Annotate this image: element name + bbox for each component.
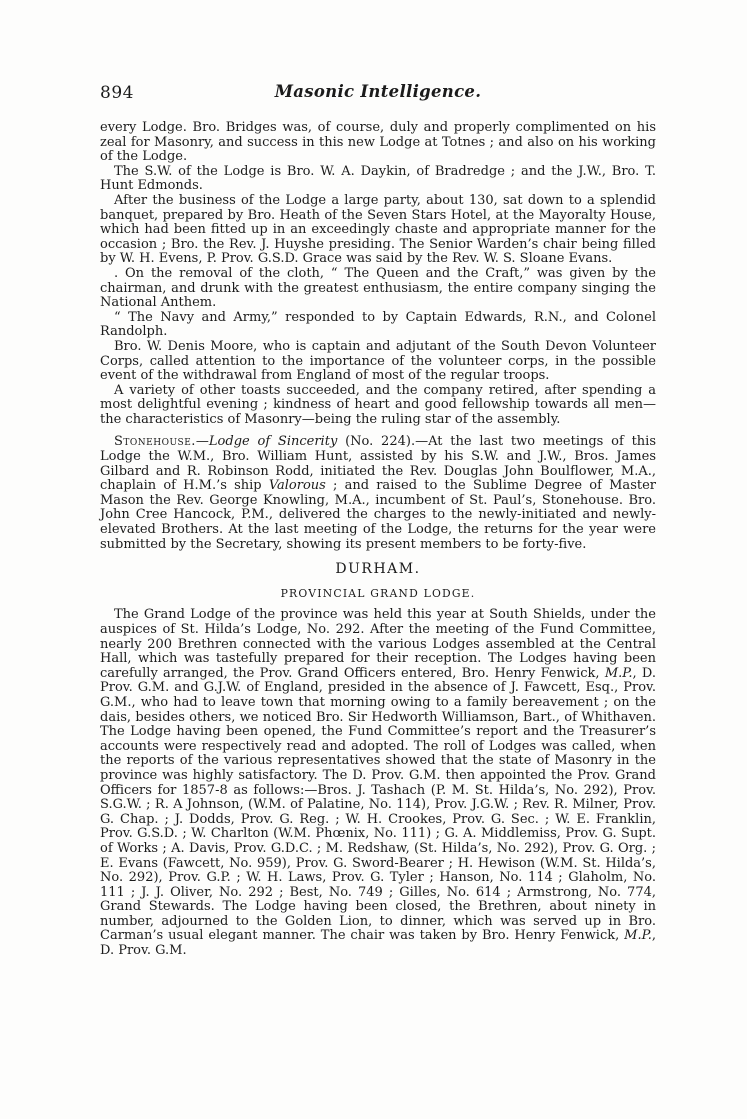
paragraph-wardens: The S.W. of the Lodge is Bro. W. A. Dayk… bbox=[100, 165, 656, 194]
em-dash: — bbox=[196, 434, 209, 449]
scanned-book-page: 894 Masonic Intelligence. every Lodge. B… bbox=[0, 0, 747, 1119]
page-number: 894 bbox=[100, 83, 134, 103]
mp-abbreviation-italic: M.P. bbox=[605, 666, 633, 681]
paragraph-closing-toasts: A variety of other toasts succeeded, and… bbox=[100, 384, 656, 428]
text-segment: The Grand Lodge of the province was held… bbox=[100, 607, 656, 680]
paragraph-continuation: every Lodge. Bro. Bridges was, of course… bbox=[100, 121, 656, 165]
lodge-location-smallcaps: Stonehouse. bbox=[114, 434, 196, 449]
article-body: every Lodge. Bro. Bridges was, of course… bbox=[100, 121, 656, 959]
paragraph-toast-queen: . On the removal of the cloth, “ The Que… bbox=[100, 267, 656, 311]
section-heading-durham: DURHAM. bbox=[100, 562, 656, 577]
running-title: Masonic Intelligence. bbox=[100, 82, 656, 101]
text-segment: , D. Prov. G.M. and G.J.W. of England, p… bbox=[100, 666, 656, 944]
paragraph-toast-navy: “ The Navy and Army,” responded to by Ca… bbox=[100, 311, 656, 340]
mp-abbreviation-italic: M.P. bbox=[624, 928, 652, 943]
paragraph-volunteer-corps: Bro. W. Denis Moore, who is captain and … bbox=[100, 340, 656, 384]
ship-name-italic: Valorous bbox=[269, 478, 326, 493]
paragraph-stonehouse: Stonehouse.—Lodge of Sincerity (No. 224)… bbox=[100, 435, 656, 552]
paragraph-banquet: After the business of the Lodge a large … bbox=[100, 194, 656, 267]
subsection-heading-provincial-grand-lodge: PROVINCIAL GRAND LODGE. bbox=[100, 587, 656, 602]
paragraph-durham-report: The Grand Lodge of the province was held… bbox=[100, 608, 656, 958]
lodge-name-italic: Lodge of Sincerity bbox=[209, 434, 337, 449]
page-header: 894 Masonic Intelligence. bbox=[100, 82, 656, 104]
